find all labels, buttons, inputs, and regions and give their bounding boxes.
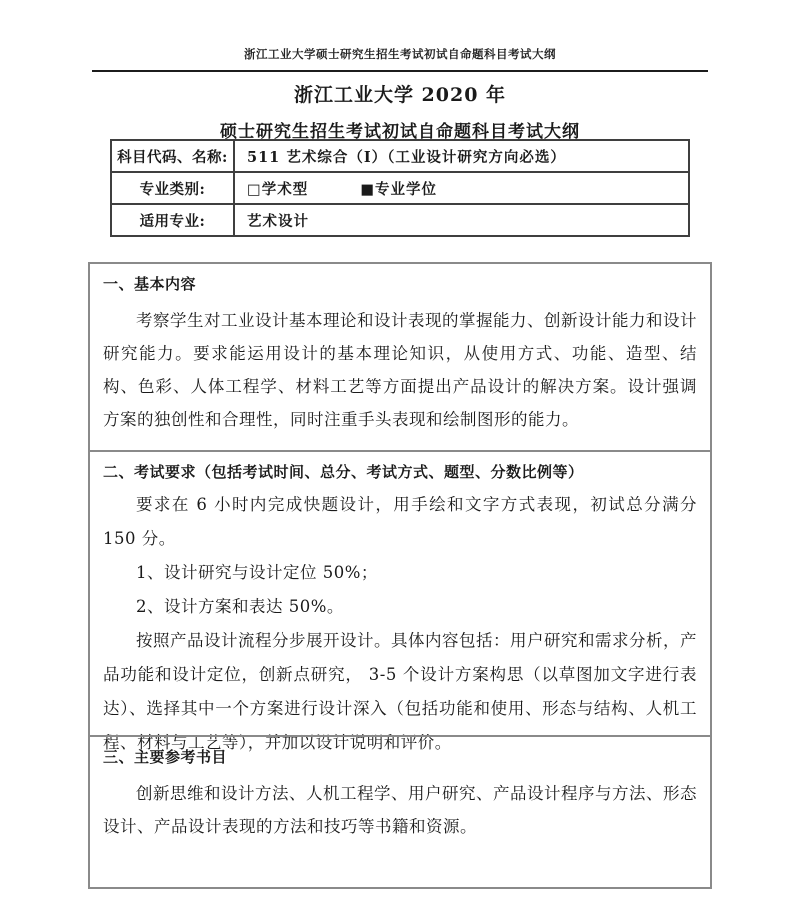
header-rule xyxy=(92,70,708,72)
section-heading: 一、基本内容 xyxy=(103,273,697,294)
table-row-applicable-major: 适用专业: 艺术设计 xyxy=(111,204,689,236)
subject-info-table: 科目代码、名称: 511 艺术综合（I）（工业设计研究方向必选） 专业类别: □… xyxy=(110,139,690,237)
applicable-major-label: 适用专业: xyxy=(111,204,234,236)
option-professional-label: 专业学位 xyxy=(375,181,437,198)
content-box: 一、基本内容 考察学生对工业设计基本理论和设计表现的掌握能力、创新设计能力和设计… xyxy=(88,262,712,889)
paragraph: 考察学生对工业设计基本理论和设计表现的掌握能力、创新设计能力和设计研究能力。要求… xyxy=(103,304,697,436)
checkbox-checked-icon: ■ xyxy=(360,182,375,198)
section-heading: 三、主要参考书目 xyxy=(103,746,697,767)
running-header: 浙江工业大学硕士研究生招生考试初试自命题科目考试大纲 xyxy=(0,46,800,62)
applicable-major-value: 艺术设计 xyxy=(234,204,689,236)
section-body: 要求在 6 小时内完成快题设计，用手绘和文字方式表现，初试总分满分 150 分。… xyxy=(103,488,697,760)
category-value: □学术型 ■专业学位 xyxy=(234,172,689,204)
table-row-category: 专业类别: □学术型 ■专业学位 xyxy=(111,172,689,204)
list-item: 2、设计方案和表达 50%。 xyxy=(103,590,697,624)
document-page: 浙江工业大学硕士研究生招生考试初试自命题科目考试大纲 浙江工业大学 2020 年… xyxy=(0,0,800,908)
subject-code-label: 科目代码、名称: xyxy=(111,140,234,172)
paragraph: 要求在 6 小时内完成快题设计，用手绘和文字方式表现，初试总分满分 150 分。 xyxy=(103,488,697,556)
section-body: 考察学生对工业设计基本理论和设计表现的掌握能力、创新设计能力和设计研究能力。要求… xyxy=(103,304,697,436)
table-row-subject-code: 科目代码、名称: 511 艺术综合（I）（工业设计研究方向必选） xyxy=(111,140,689,172)
subject-code-value: 511 艺术综合（I）（工业设计研究方向必选） xyxy=(234,140,689,172)
option-academic: □学术型 xyxy=(247,181,308,198)
document-title: 浙江工业大学 2020 年 xyxy=(0,80,800,107)
section-reference-books: 三、主要参考书目 创新思维和设计方法、人机工程学、用户研究、产品设计程序与方法、… xyxy=(90,735,710,887)
category-label: 专业类别: xyxy=(111,172,234,204)
paragraph: 创新思维和设计方法、人机工程学、用户研究、产品设计程序与方法、形态设计、产品设计… xyxy=(103,777,697,843)
checkbox-unchecked-icon: □ xyxy=(247,182,262,198)
section-body: 创新思维和设计方法、人机工程学、用户研究、产品设计程序与方法、形态设计、产品设计… xyxy=(103,777,697,843)
section-heading: 二、考试要求（包括考试时间、总分、考试方式、题型、分数比例等） xyxy=(103,461,697,482)
list-item: 1、设计研究与设计定位 50%； xyxy=(103,556,697,590)
option-professional: ■专业学位 xyxy=(360,181,437,198)
section-exam-requirements: 二、考试要求（包括考试时间、总分、考试方式、题型、分数比例等） 要求在 6 小时… xyxy=(90,450,710,735)
option-academic-label: 学术型 xyxy=(262,181,309,198)
section-basic-content: 一、基本内容 考察学生对工业设计基本理论和设计表现的掌握能力、创新设计能力和设计… xyxy=(90,264,710,450)
